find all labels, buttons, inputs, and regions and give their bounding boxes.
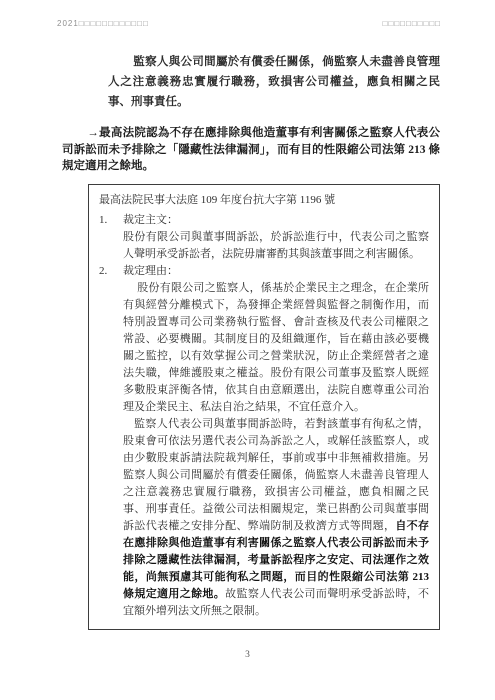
case-title: 最高法院民事大法庭 109 年度台抗大字第 1196 號	[99, 192, 429, 209]
holding-heading: 裁定主文：	[123, 214, 178, 226]
reasons-section: 2.裁定理由： 股份有限公司之監察人，係基於企業民主之理念，在企業所有與經營分離…	[99, 263, 429, 620]
holding-section: 1.裁定主文： 股份有限公司與董事間訴訟，於訴訟進行中，代表公司之監察人聲明承受…	[99, 212, 429, 263]
reasons-heading: 裁定理由：	[123, 265, 178, 277]
list-number: 2.	[99, 263, 123, 280]
commentary-pointer-paragraph: →最高法院認為不存在應排除與他造董事有利害關係之監察人代表公司訴訟而未予排除之「…	[62, 125, 440, 175]
list-number: 1.	[99, 212, 123, 229]
page-number: 3	[245, 650, 250, 660]
case-citation-box: 最高法院民事大法庭 109 年度台抗大字第 1196 號 1.裁定主文： 股份有…	[88, 184, 440, 630]
header-right-running-title: □□□□□□□□□□	[383, 19, 441, 28]
page-footer: 3	[0, 650, 495, 660]
emphasized-intro-quote: 監察人與公司間屬於有償委任關係，倘監察人未盡善良管理人之注意義務忠實履行職務，致…	[108, 52, 440, 112]
reasons-paragraph-1: 股份有限公司之監察人，係基於企業民主之理念，在企業所有與經營分離模式下，為發揮企…	[123, 280, 429, 416]
reasons-paragraph-2: 監察人代表公司與董事間訴訟時，若對該董事有徇私之情，股東會可依法另選代表公司為訴…	[123, 416, 429, 620]
holding-body: 股份有限公司與董事間訴訟，於訴訟進行中，代表公司之監察人聲明承受訴訟者，法院毋庸…	[123, 229, 429, 263]
page-header: 2021□□□□□□□□□□□□ □□□□□□□□□□	[57, 19, 441, 28]
pointer-text: 最高法院認為不存在應排除與他造董事有利害關係之監察人代表公司訴訟而未予排除之「隱…	[62, 127, 440, 172]
holding-heading-row: 1.裁定主文：	[99, 212, 429, 229]
reasons-paragraph-2-pre: 監察人代表公司與董事間訴訟時，若對該董事有徇私之情，股東會可依法另選代表公司為訴…	[123, 418, 429, 532]
reasons-heading-row: 2.裁定理由：	[99, 263, 429, 280]
document-page: 2021□□□□□□□□□□□□ □□□□□□□□□□ 監察人與公司間屬於有償委…	[0, 0, 495, 700]
page-content: 監察人與公司間屬於有償委任關係，倘監察人未盡善良管理人之注意義務忠實履行職務，致…	[62, 52, 440, 630]
arrow-glyph: →	[87, 127, 99, 139]
header-left-running-title: 2021□□□□□□□□□□□□	[57, 19, 149, 28]
